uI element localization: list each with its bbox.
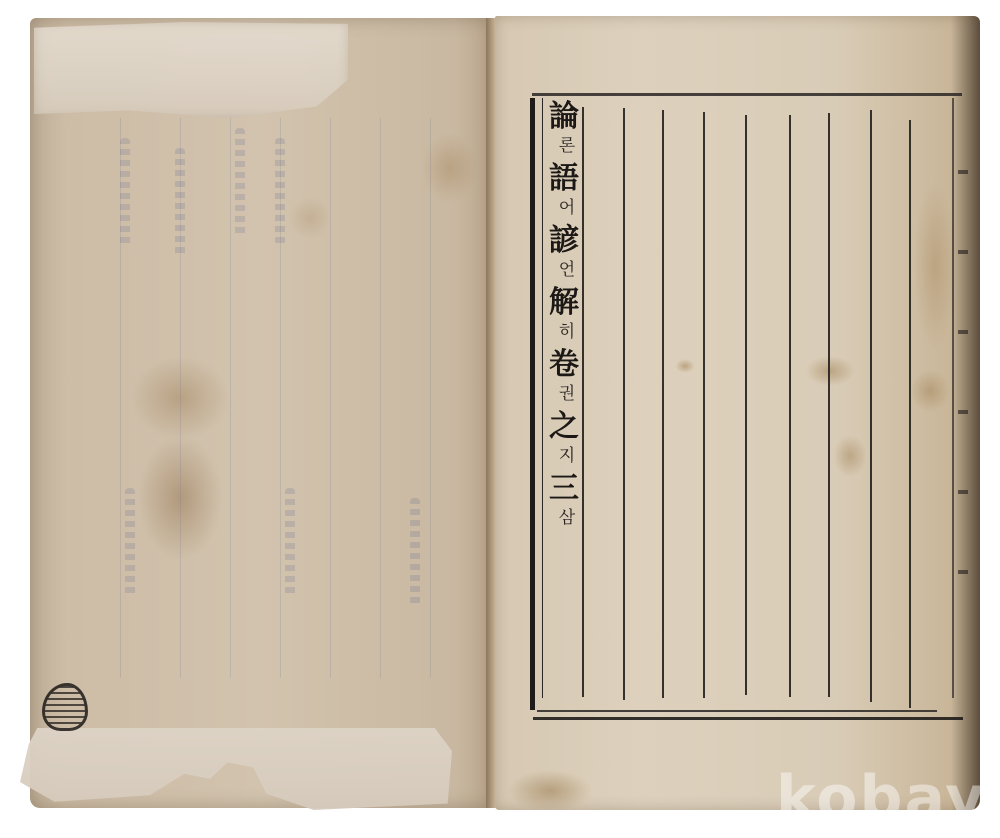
- frame-border-left: [530, 98, 535, 710]
- ruled-column-line: [909, 120, 911, 708]
- title-hangul-6: 지: [559, 444, 575, 468]
- faint-ruled-line: [380, 118, 381, 678]
- ruled-column-line: [870, 110, 872, 702]
- frame-border-bottom: [533, 717, 963, 720]
- book-title-column: 論 론 語 어 諺 언 解 히 卷 권 之 지 三 삼: [537, 100, 585, 620]
- ruled-column-line: [623, 108, 625, 700]
- bleed-through-text: [175, 148, 185, 258]
- title-hangul-5: 권: [559, 382, 575, 406]
- title-hanja-1: 論: [549, 100, 579, 134]
- bleed-through-text: [120, 138, 130, 248]
- ruled-column-line: [662, 110, 664, 698]
- ruled-column-line: [745, 115, 747, 695]
- frame-border-top: [532, 93, 962, 96]
- ruled-column-line: [828, 113, 830, 697]
- page-edge-marks: [958, 170, 968, 640]
- faint-ruled-line: [230, 118, 231, 678]
- watermark-text: kobay: [776, 760, 980, 820]
- bleed-through-text: [275, 138, 285, 248]
- left-page: [30, 18, 492, 808]
- frame-border-bottom-inner: [537, 710, 937, 712]
- title-hanja-7: 三: [549, 472, 579, 506]
- seal-stamp-icon: [42, 683, 88, 731]
- bleed-through-text: [125, 488, 135, 598]
- title-hangul-4: 히: [559, 320, 575, 344]
- title-hangul-2: 어: [559, 196, 575, 220]
- faint-ruled-line: [430, 118, 431, 678]
- title-hangul-7: 삼: [559, 506, 575, 530]
- repair-paper-top: [34, 22, 348, 118]
- faint-ruled-line: [330, 118, 331, 678]
- title-hanja-2: 語: [549, 162, 579, 196]
- book-photo: 論 론 語 어 諺 언 解 히 卷 권 之 지 三 삼 kobay: [0, 0, 1000, 838]
- frame-border-right: [952, 98, 954, 698]
- title-hanja-5: 卷: [549, 348, 579, 382]
- title-hangul-1: 론: [559, 134, 575, 158]
- title-hangul-3: 언: [559, 258, 575, 282]
- title-hanja-6: 之: [549, 410, 579, 444]
- bleed-through-text: [410, 498, 420, 608]
- title-hanja-4: 解: [549, 286, 579, 320]
- title-hanja-3: 諺: [549, 224, 579, 258]
- ruled-column-line: [789, 115, 791, 697]
- bleed-through-text: [235, 128, 245, 238]
- bleed-through-text: [285, 488, 295, 598]
- ruled-column-line: [703, 112, 705, 698]
